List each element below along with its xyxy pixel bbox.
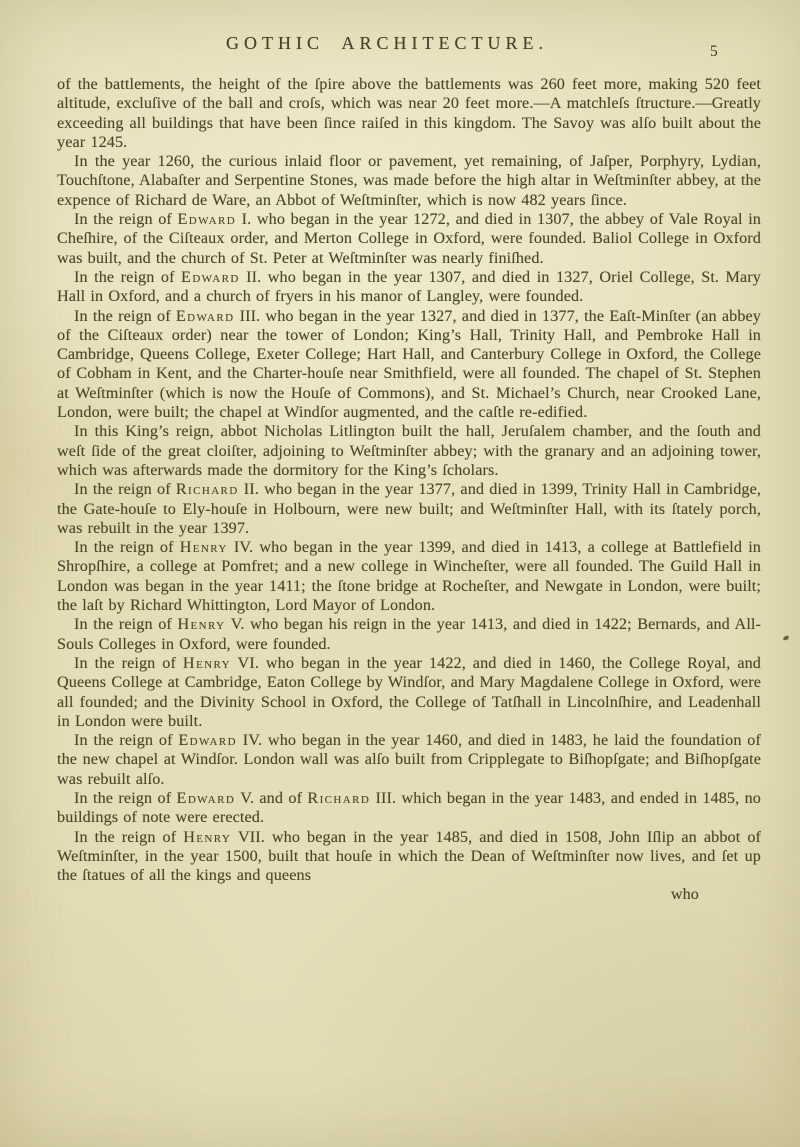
- royal-name: Edward: [181, 268, 240, 286]
- royal-name: Henry: [183, 828, 231, 846]
- paragraph: In the reign of Henry IV. who began in t…: [57, 538, 761, 615]
- text-run: In this King’s reign, abbot Nicholas Lit…: [57, 422, 761, 479]
- text-block: of the battlements, the height of the ſp…: [57, 75, 761, 905]
- running-head: GOTHIC ARCHITECTURE.: [57, 33, 761, 54]
- paragraph: In the reign of Richard II. who began in…: [57, 480, 761, 538]
- paragraph: In the reign of Edward IV. who began in …: [57, 731, 761, 789]
- text-run: of the battlements, the height of the ſp…: [57, 75, 761, 151]
- ink-speck: [783, 635, 790, 641]
- royal-name: Edward: [177, 210, 236, 228]
- paragraph: In the reign of Henry VI. who began in t…: [57, 654, 761, 731]
- paragraph: In the reign of Edward I. who began in t…: [57, 210, 761, 268]
- text-run: In the reign of: [74, 828, 183, 846]
- royal-name: Henry: [180, 538, 228, 556]
- running-title: GOTHIC ARCHITECTURE.: [226, 33, 548, 54]
- paragraph: In the reign of Edward III. who began in…: [57, 307, 761, 423]
- text-run: In the reign of: [74, 615, 177, 633]
- paragraph: In this King’s reign, abbot Nicholas Lit…: [57, 422, 761, 480]
- royal-name: Richard: [307, 789, 370, 807]
- paragraph: In the reign of Henry V. who began his r…: [57, 615, 761, 654]
- book-page: GOTHIC ARCHITECTURE. 5 of the battlement…: [0, 0, 800, 1147]
- royal-name: Edward: [178, 731, 237, 749]
- text-run: In the reign of: [74, 654, 183, 672]
- text-run: In the reign of: [74, 480, 176, 498]
- text-run: In the reign of: [74, 210, 177, 228]
- text-run: In the year 1260, the curious inlaid flo…: [57, 152, 761, 209]
- catchword: who: [57, 885, 761, 904]
- royal-name: Richard: [176, 480, 239, 498]
- paragraph: In the reign of Henry VII. who began in …: [57, 828, 761, 886]
- royal-name: Henry: [177, 615, 225, 633]
- royal-name: Edward: [176, 307, 235, 325]
- paragraph: of the battlements, the height of the ſp…: [57, 75, 761, 152]
- page-number: 5: [710, 43, 718, 61]
- paragraph: In the year 1260, the curious inlaid flo…: [57, 152, 761, 210]
- text-run: In the reign of: [74, 538, 180, 556]
- royal-name: Edward: [177, 789, 236, 807]
- text-run: In the reign of: [74, 731, 178, 749]
- royal-name: Henry: [183, 654, 231, 672]
- text-run: In the reign of: [74, 268, 181, 286]
- paragraph: In the reign of Edward II. who began in …: [57, 268, 761, 307]
- text-run: In the reign of: [74, 789, 177, 807]
- text-run: V. and of: [235, 789, 307, 807]
- text-run: In the reign of: [74, 307, 176, 325]
- paragraph: In the reign of Edward V. and of Richard…: [57, 789, 761, 828]
